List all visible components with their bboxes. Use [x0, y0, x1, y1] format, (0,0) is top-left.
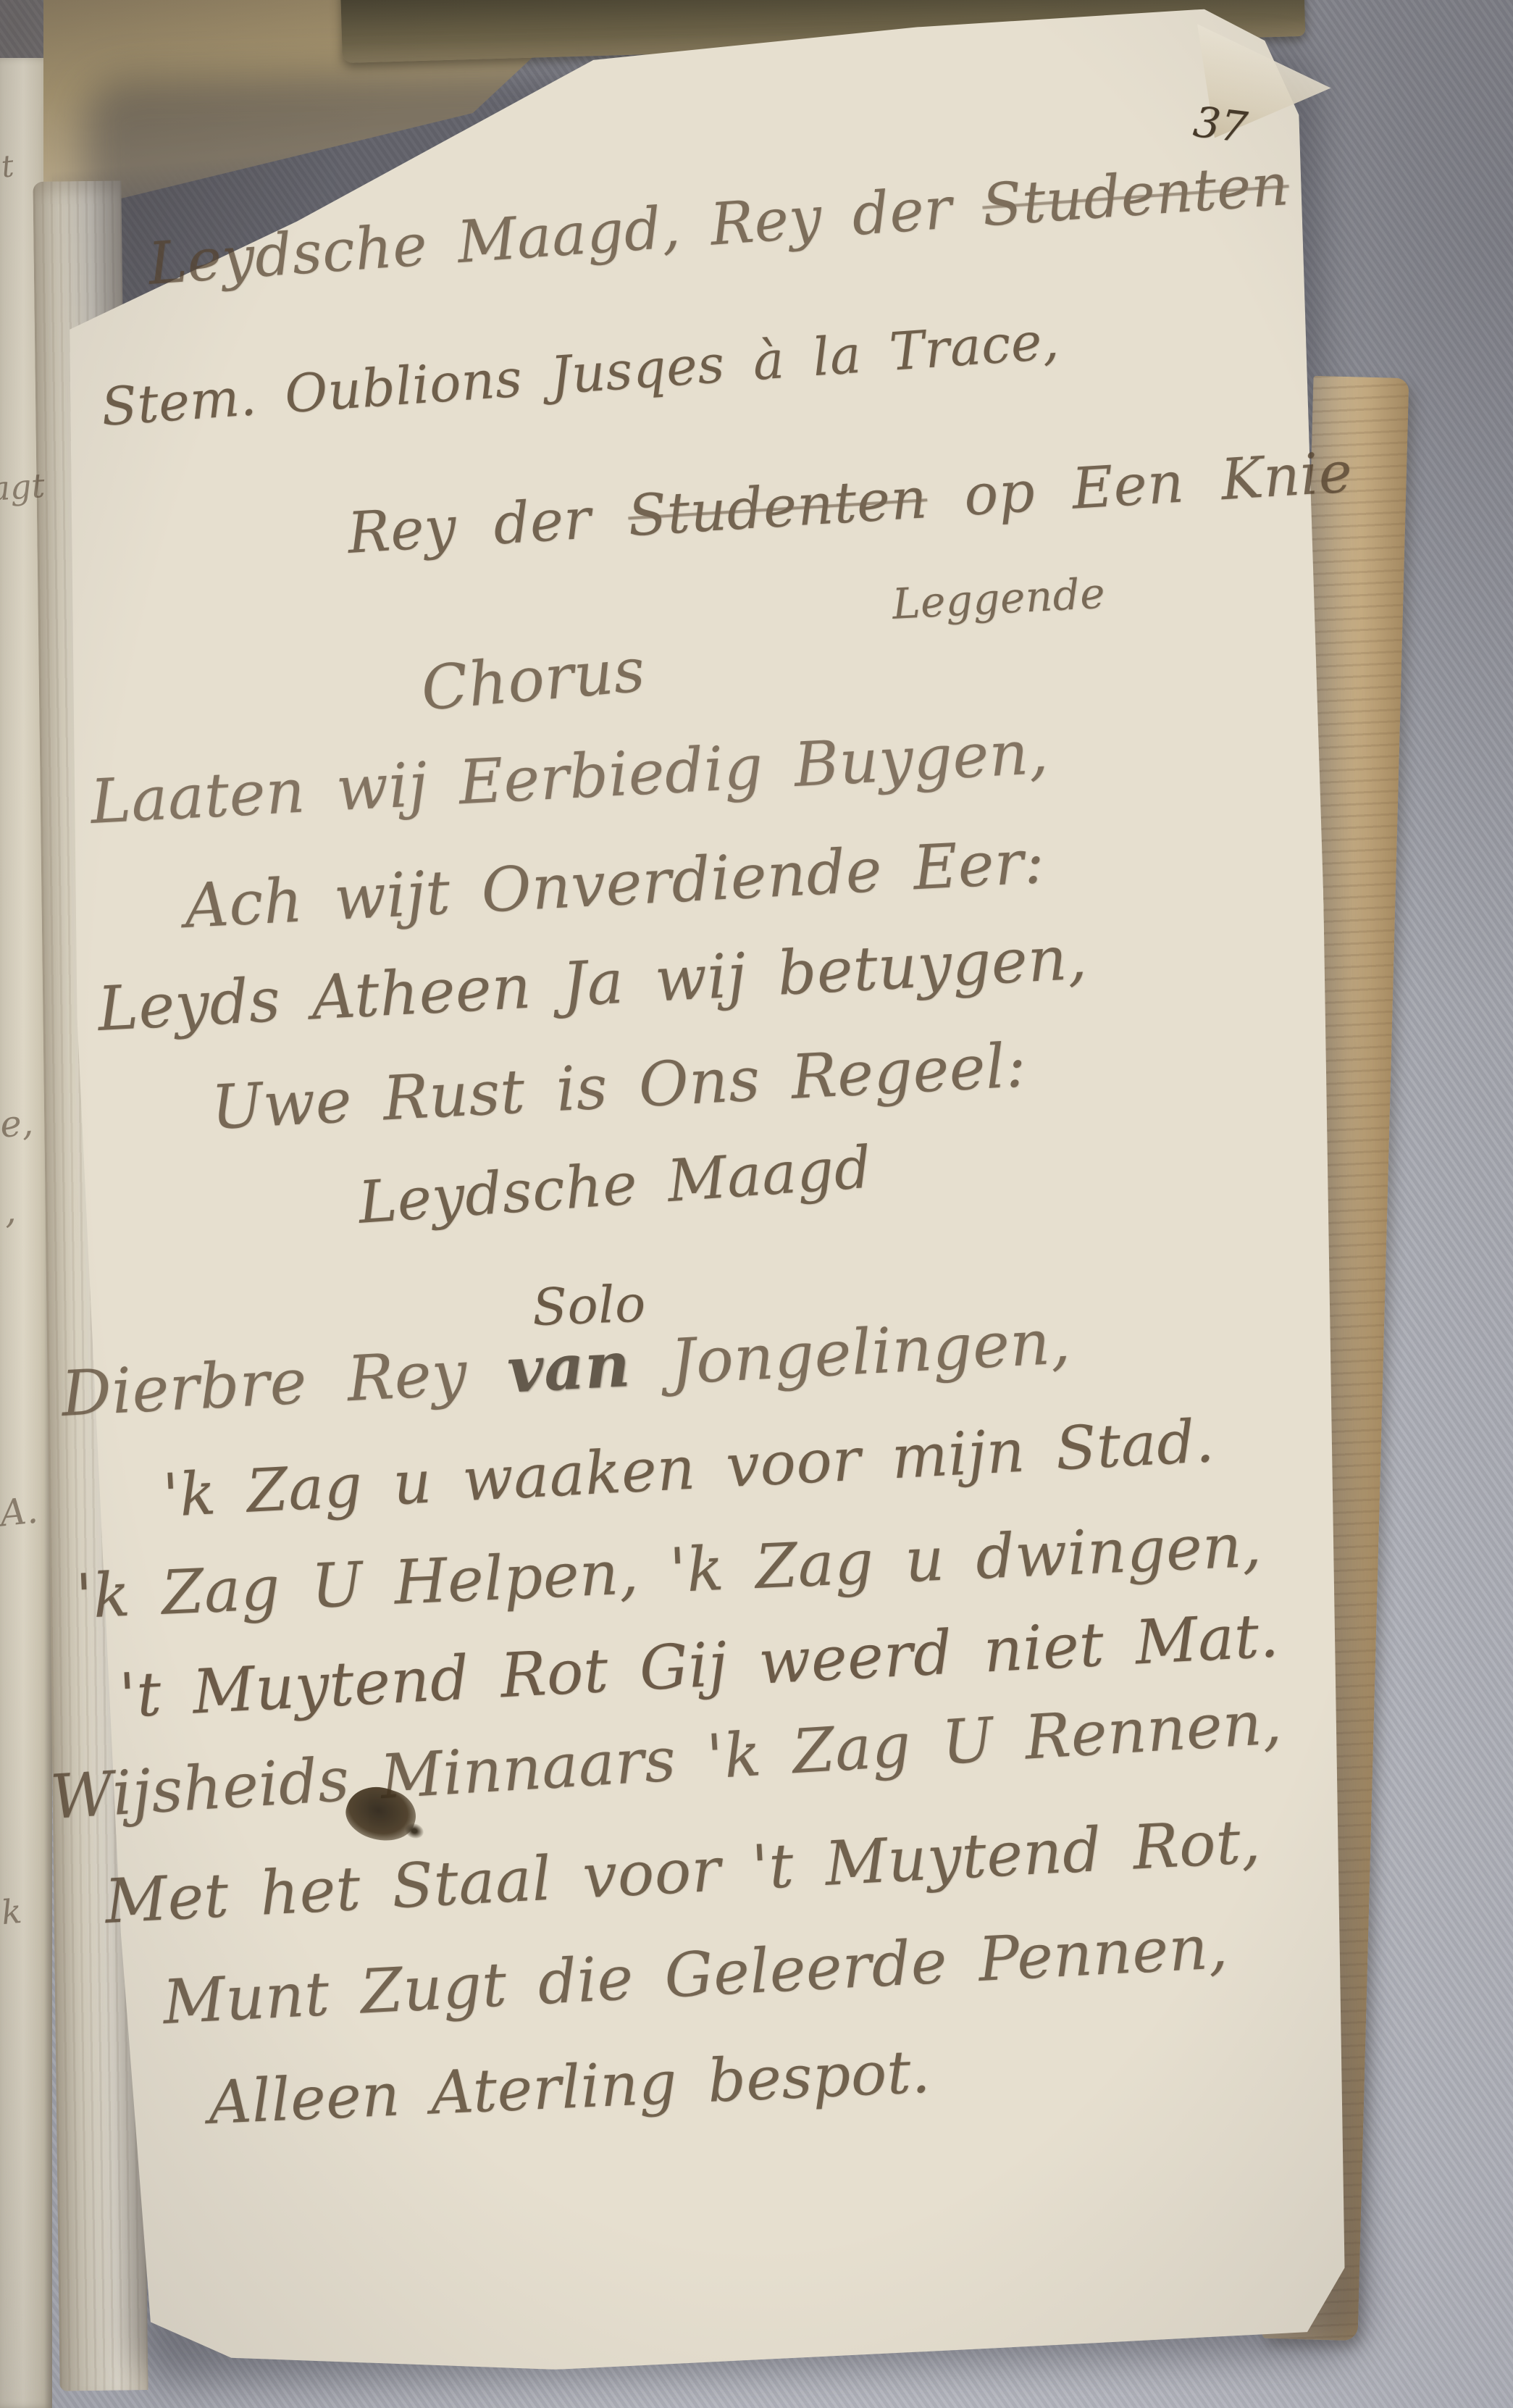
solo-inserted-word: van: [506, 1328, 632, 1408]
margin-fragment: A.: [0, 1489, 40, 1534]
photo-of-manuscript: { "manuscript": { "page_number": "37", "…: [0, 0, 1513, 2408]
page-number: 37: [1191, 97, 1250, 152]
margin-fragment: e,: [0, 1101, 35, 1146]
margin-fragment: k: [0, 1891, 23, 1932]
